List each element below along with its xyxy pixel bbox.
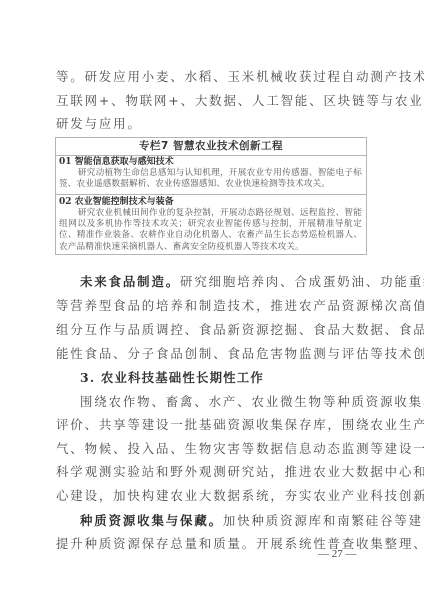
- body-text-line: 等。研发应用小麦、水稻、玉米机械收获过程自动测产技术。加快: [56, 69, 369, 85]
- section-heading: 3. 农业科技基础性长期性工作: [80, 370, 369, 386]
- body-text-line: 等营养型食品的培养和制造技术，推进农产品资源梯次高值利用、: [56, 298, 369, 314]
- body-text-line: 心建设，加快构建农业大数据系统，夯实农业产业科技创新基础。: [56, 488, 369, 504]
- body-text-line: 种质资源收集与保藏。加快种质资源库和南繁硅谷等建设，: [80, 513, 369, 529]
- column-box: 专栏7 智慧农业技术创新工程 01 智能信息获取与感知技术 研究动植物生命信息感…: [55, 137, 367, 255]
- body-text-line: 能性食品、分子食品创制、食品危害物监测与评估等技术创新。: [56, 346, 369, 362]
- column-box-section: 01 智能信息获取与感知技术 研究动植物生命信息感知与认知机理，开展农业专用传感…: [56, 155, 366, 195]
- paragraph-lead: 未来食品制造。: [80, 274, 180, 289]
- column-box-title: 专栏7 智慧农业技术创新工程: [56, 138, 366, 156]
- page-number: — 27 —: [318, 548, 357, 560]
- section-text: 研究农业机械田间作业的复杂控制，开展动态路径规划、远程监控、智能组网以及多机协作…: [59, 208, 362, 253]
- body-text-line: 未来食品制造。研究细胞培养肉、合成蛋奶油、功能重组蛋白: [80, 274, 369, 290]
- body-text-line: 互联网+、物联网+、大数据、人工智能、区块链等与农业结合技术: [56, 93, 369, 109]
- body-text-line: 评价、共享等建设一批基础资源收集保存库，围绕农业生产水、土、: [56, 417, 369, 433]
- body-text-line: 研发与应用。: [56, 116, 369, 132]
- paragraph-text: 加快种质资源库和南繁硅谷等建设，: [223, 513, 424, 528]
- body-text-line: 科学观测实验站和野外观测研究站，推进农业大数据中心和分中: [56, 464, 369, 480]
- column-box-section: 02 农业智能控制技术与装备 研究农业机械田间作业的复杂控制，开展动态路径规划、…: [56, 195, 366, 254]
- paragraph-lead: 种质资源收集与保藏。: [80, 513, 223, 528]
- paragraph-text: 研究细胞培养肉、合成蛋奶油、功能重组蛋白: [180, 274, 424, 289]
- body-text-line: 围绕农作物、畜禽、水产、农业微生物等种质资源收集、保存、: [80, 394, 369, 410]
- section-title: 01 智能信息获取与感知技术: [59, 157, 174, 168]
- section-text: 研究动植物生命信息感知与认知机理，开展农业专用传感器、智能电子标签、农业遥感数据…: [59, 168, 362, 190]
- section-title: 02 农业智能控制技术与装备: [59, 197, 174, 208]
- body-text-line: 气、物候、投入品、生物灾害等数据信息动态监测等建设一批农业: [56, 441, 369, 457]
- body-text-line: 组分互作与品质调控、食品新资源挖掘、食品大数据、食品组学、功: [56, 322, 369, 338]
